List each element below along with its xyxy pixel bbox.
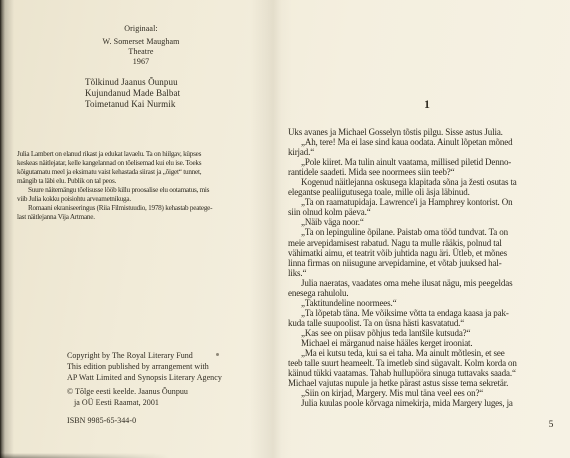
blurb-line: Suure näitemängu tõelisusse lööb killu p… — [17, 186, 253, 195]
credits-block: Tõlkinud Jaanus Õunpuu Kujundanud Made B… — [85, 77, 180, 111]
body-line: Uks avanes ja Michael Gosselyn tõstis pi… — [288, 127, 566, 137]
original-label: Originaal: — [80, 24, 202, 34]
body-text: Uks avanes ja Michael Gosselyn tõstis pi… — [288, 127, 566, 408]
body-line: Michael ei märganud naise hääles kerget … — [288, 338, 566, 348]
body-line: rantidele saadeti. Mida see noormees sii… — [288, 167, 566, 177]
blurb-line: last näitlejanna Vija Artmane. — [17, 213, 253, 222]
body-line: „Pole kiiret. Ma tulin ainult vaatama, m… — [288, 157, 566, 167]
original-year: 1967 — [80, 57, 202, 67]
credit-line-editor: Toimetanud Kai Nurmik — [85, 99, 180, 110]
body-line: „Ta on raamatupidaja. Lawrence'i ja Hamp… — [288, 197, 566, 207]
body-line: „Kas see on piisav põhjus teda lantšile … — [288, 328, 566, 338]
body-line: siin olnud kolm päeva.“ — [288, 207, 566, 217]
copyright-line: AP Watt Limited and Synopsis Literary Ag… — [67, 372, 222, 383]
blurb-line: mängib ta läbi elu. Publik on tal peos. — [17, 177, 253, 186]
credit-line-translator: Tõlkinud Jaanus Õunpuu — [85, 77, 180, 88]
page-number: 5 — [543, 420, 559, 430]
translation-copyright: © Tõlge eesti keelde. Jaanus Õunpuu ja O… — [67, 387, 222, 408]
body-line: vähimatki aimu, et teatrit võib juhtida … — [288, 248, 566, 258]
body-line: Julia naeratas, vaadates oma mehe ilusat… — [288, 278, 566, 288]
body-line: Julia kuulas poole kõrvaga nimekirja, mi… — [288, 398, 566, 408]
copyright-line: Copyright by The Royal Literary Fund — [67, 350, 222, 361]
blurb-line: kõigutamatu meel ja eksimatu vaist kehas… — [17, 168, 253, 177]
body-line: liks.“ — [288, 268, 566, 278]
body-line: käinud tükki vaatamas. Tahab hullupööra … — [288, 368, 566, 378]
body-line: elegantse pealiigutusega toale, mille ol… — [288, 187, 566, 197]
body-line: enesega rahulolu. — [288, 288, 566, 298]
blurb-line: Romaani ekraniseeringus (Riia Filmistuud… — [17, 204, 253, 213]
body-line: „Ta lõpetab täna. Me võiksime võtta ta e… — [288, 308, 566, 318]
body-line: „Ah, tere! Ma ei lase sind kaua oodata. … — [288, 137, 566, 147]
body-line: kuda talle suupoolist. Ta on üsna hästi … — [288, 318, 566, 328]
blurb-line: Julia Lambert on elanud rikast ja edukat… — [17, 150, 253, 159]
page-gutter-shadow — [250, 0, 292, 458]
chapter-number: 1 — [288, 99, 566, 111]
copyright-block: Copyright by The Royal Literary Fund Thi… — [67, 350, 222, 426]
book-scan: Originaal: W. Somerset Maugham Theatre 1… — [0, 0, 570, 458]
body-line: „Siin on kirjad, Margery. Mis mul täna v… — [288, 388, 566, 398]
body-line: kirjad.“ — [288, 147, 566, 157]
body-line: „Taktitundeline noormees.“ — [288, 298, 566, 308]
credit-line-designer: Kujundanud Made Balbat — [85, 88, 180, 99]
original-info: Originaal: W. Somerset Maugham Theatre 1… — [80, 24, 202, 67]
blurb: Julia Lambert on elanud rikast ja edukat… — [17, 150, 253, 222]
blurb-line: viib Julia kokku poisiohtu arveametnikug… — [17, 195, 253, 204]
original-author: W. Somerset Maugham — [80, 37, 202, 47]
body-line: Kogenud näitlejanna oskusega klapitada s… — [288, 177, 566, 187]
isbn: ISBN 9985-65-344-0 — [67, 415, 222, 426]
body-line: linna firmas on niisugune arvepidamine, … — [288, 258, 566, 268]
body-line: Michael vajutas nupule ja hetke pärast a… — [288, 378, 566, 388]
body-line: teeb talle suurt heameelt. Ta imetleb si… — [288, 358, 566, 368]
copyright-line: This edition published by arrangement wi… — [67, 361, 222, 372]
translation-line: ja OÜ Eesti Raamat, 2001 — [67, 398, 222, 409]
bottom-edge-shadow — [0, 453, 170, 458]
translation-line: © Tõlge eesti keelde. Jaanus Õunpuu — [67, 387, 222, 398]
blurb-line: keskeas näitlejatar, kelle kangelannad o… — [17, 159, 253, 168]
body-line: „Ta on lepinguline õpilane. Paistab oma … — [288, 227, 566, 237]
left-edge-shadow — [0, 0, 14, 458]
body-line: „Ma ei kutsu teda, kui sa ei taha. Ma ai… — [288, 348, 566, 358]
body-line: „Näib väga noor.“ — [288, 217, 566, 227]
body-line: meie arvepidamisest rabatud. Nagu ta mul… — [288, 238, 566, 248]
original-title: Theatre — [80, 47, 202, 57]
